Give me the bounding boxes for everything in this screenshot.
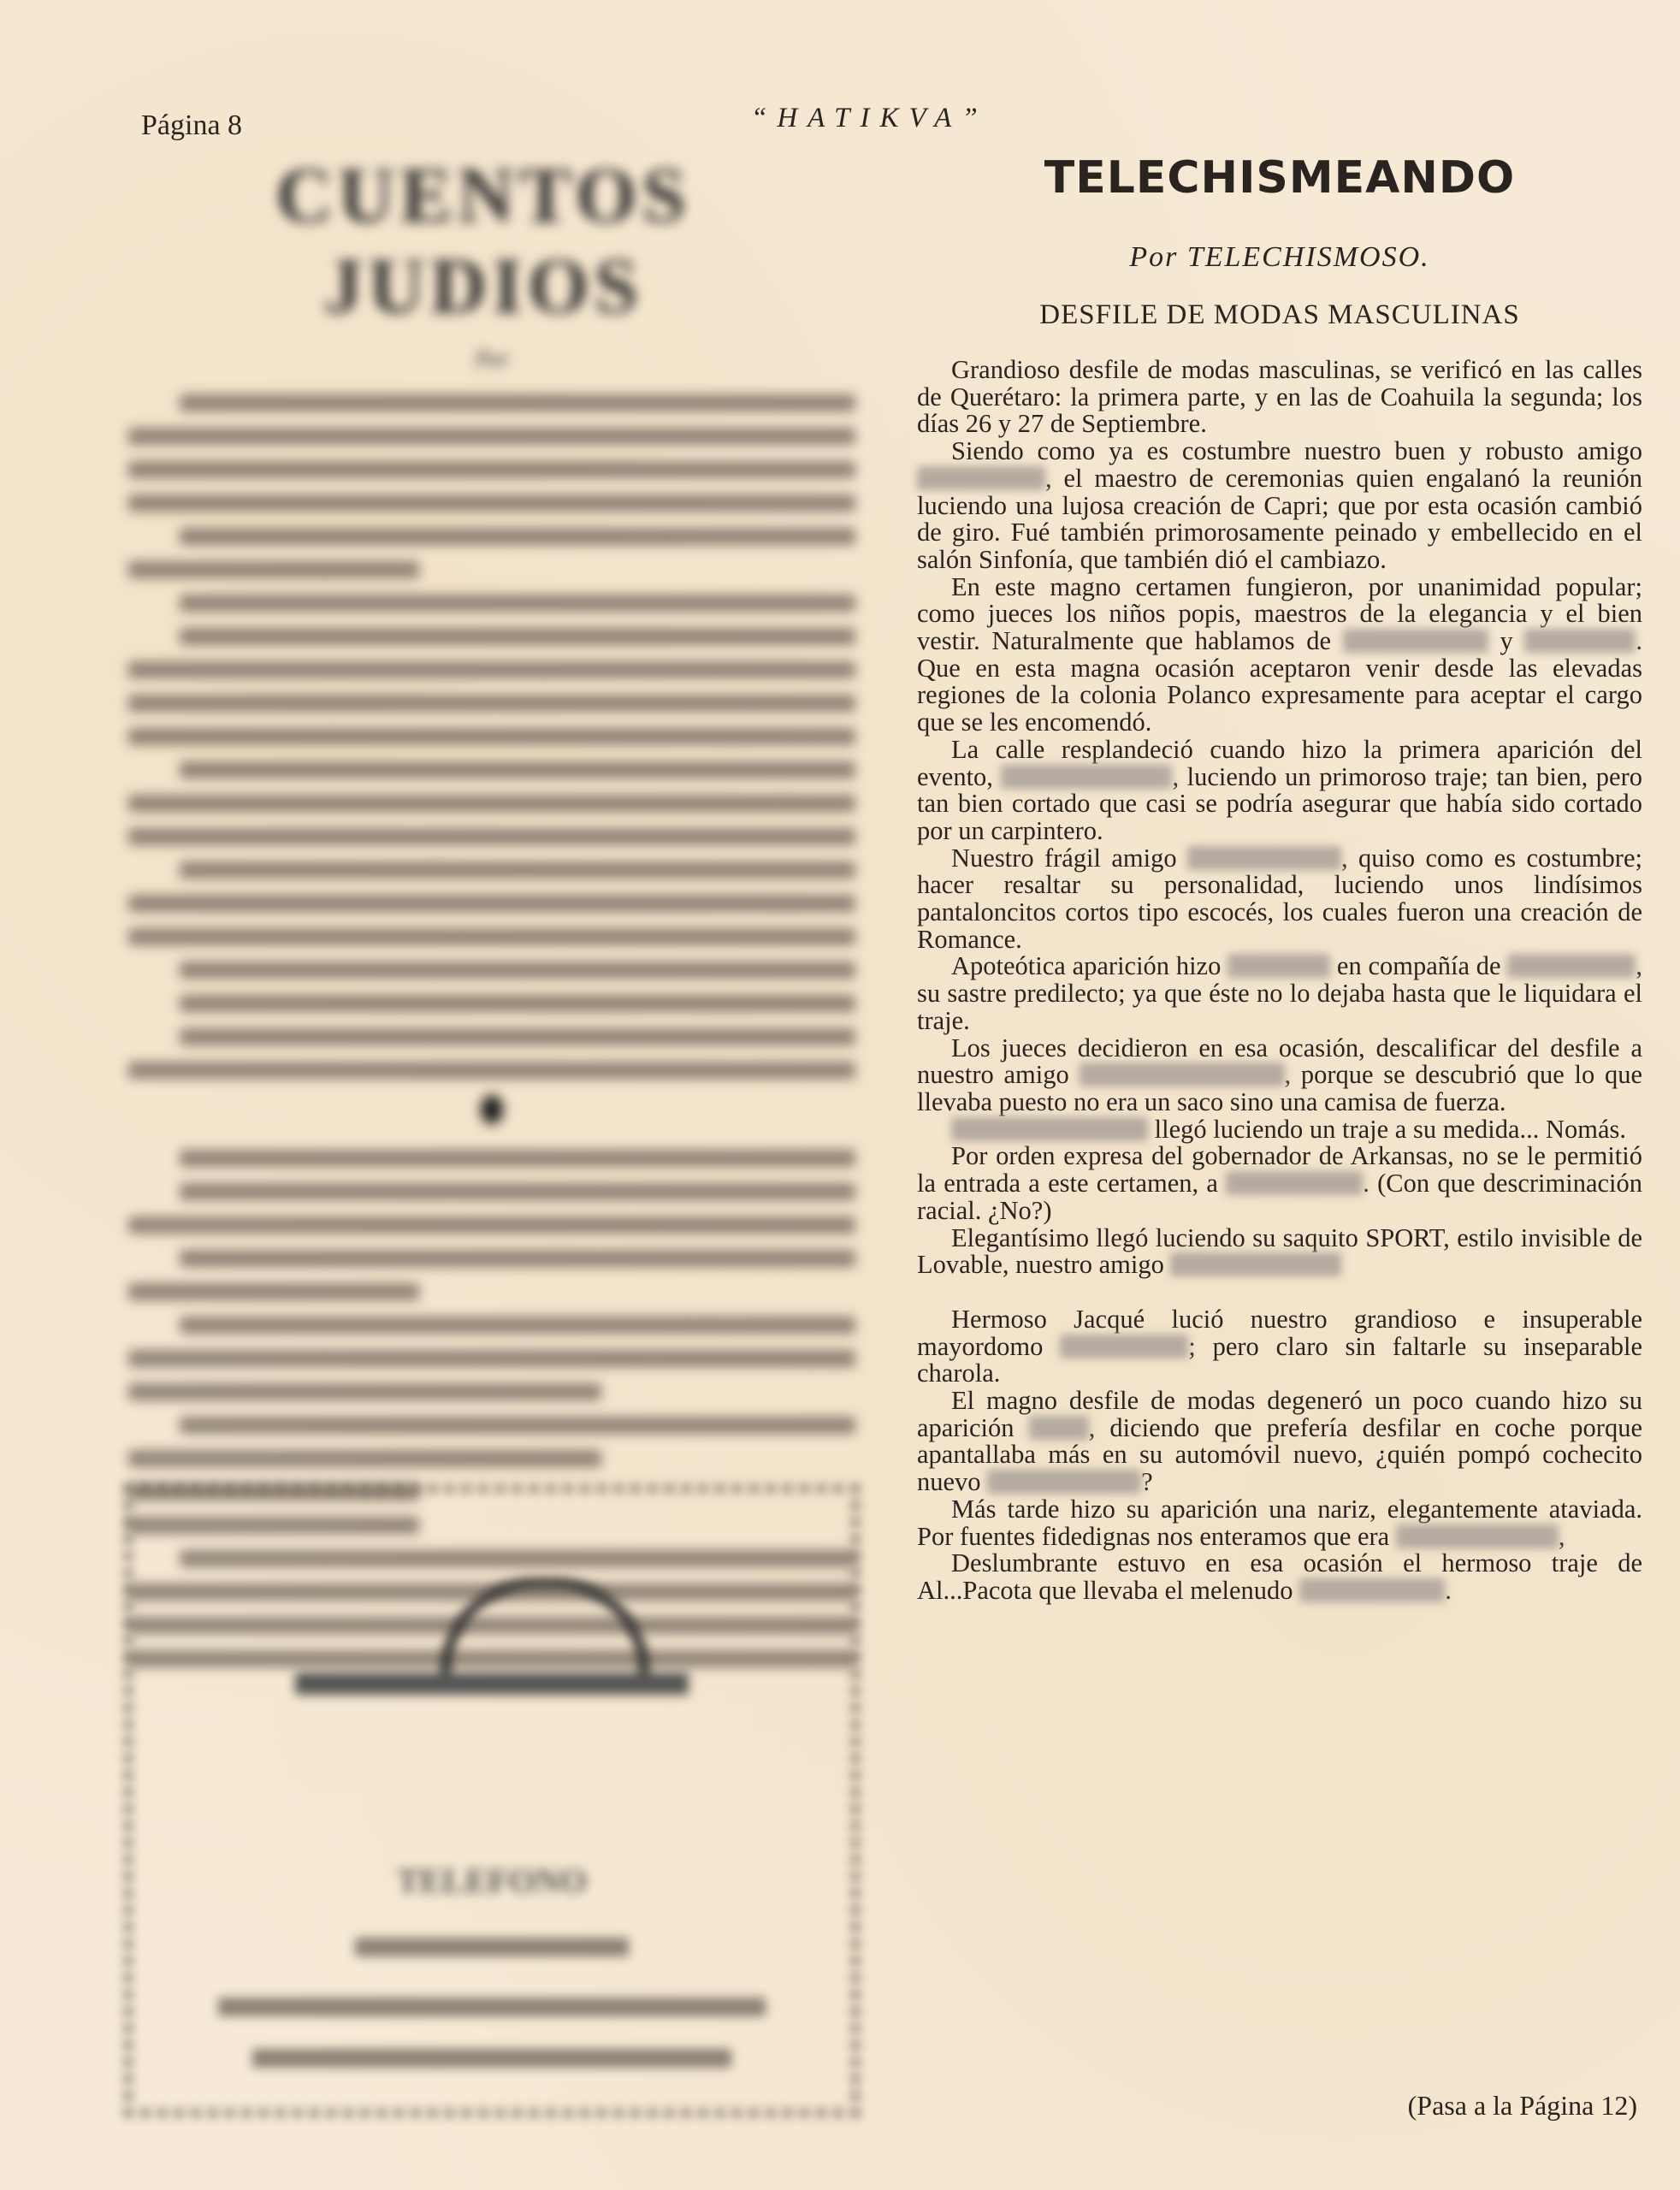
article-paragraph: Por orden expresa del gobernador de Arka… (917, 1143, 1642, 1224)
redacted-text-line (128, 494, 855, 512)
ad-text-line (355, 1938, 629, 1956)
article-paragraph: Deslumbrante estuvo en esa ocasión el he… (917, 1550, 1642, 1604)
advertisement-box: TELEFONO (124, 1484, 860, 2117)
redacted-text-line (128, 895, 855, 912)
left-story-title: CUENTOS JUDIOS (111, 150, 855, 331)
redacted-text-line (180, 962, 855, 979)
publication-masthead: “HATIKVA” (751, 103, 988, 134)
continued-note: (Pasa a la Página 12) (1408, 2090, 1637, 2122)
redacted-text-line (180, 1417, 855, 1434)
redacted-name (1507, 954, 1636, 978)
redacted-name (917, 466, 1045, 490)
redacted-text-line (128, 1283, 419, 1300)
redacted-text-line (128, 1450, 601, 1467)
ad-small-line (133, 1737, 851, 1750)
article-paragraph: Grandioso desfile de modas masculinas, s… (917, 357, 1642, 438)
redacted-text-line (180, 861, 855, 879)
ad-phone-line: TELEFONO (133, 1861, 851, 1901)
redacted-text-line (180, 628, 855, 645)
redacted-name (1226, 1171, 1363, 1195)
ad-text-line (252, 2049, 731, 2068)
redacted-text-line (180, 995, 855, 1012)
redacted-name (1187, 846, 1341, 870)
article-column: TELECHISMEANDO Por TELECHISMOSO. DESFILE… (917, 150, 1642, 1605)
article-paragraph: La calle resplandeció cuando hizo la pri… (917, 737, 1642, 845)
redacted-text-line (128, 1216, 855, 1234)
redacted-text-line (128, 428, 855, 445)
article-paragraph: Más tarde hizo su aparición una nariz, e… (917, 1496, 1642, 1550)
redacted-text-line (180, 1150, 855, 1167)
redacted-name (1227, 954, 1330, 978)
redacted-text-line (180, 595, 855, 612)
redacted-text-line (180, 1028, 855, 1045)
redacted-name (951, 1117, 1148, 1141)
article-paragraph: Hermoso Jacqué lució nuestro grandioso e… (917, 1306, 1642, 1388)
redacted-text-line (128, 828, 855, 845)
redacted-text-line (128, 461, 855, 478)
redacted-name (1524, 629, 1636, 653)
redacted-text-line (128, 728, 855, 745)
redacted-text-line (128, 1062, 855, 1079)
redacted-text-line (180, 528, 855, 545)
redacted-name (1060, 1335, 1188, 1358)
redacted-text-line (128, 795, 855, 812)
redacted-text-line (128, 1383, 601, 1400)
article-paragraph: En este magno certamen fungieron, por un… (917, 574, 1642, 737)
redacted-text-line (180, 1183, 855, 1200)
redacted-text-line (128, 561, 419, 578)
redacted-text-line (180, 1317, 855, 1334)
left-story-byline: Por (128, 346, 855, 372)
article-paragraph: El magno desfile de modas degeneró un po… (917, 1388, 1642, 1496)
ad-text-line (218, 1998, 766, 2016)
article-paragraph: Siendo como ya es costumbre nuestro buen… (917, 438, 1642, 574)
article-section-heading: DESFILE DE MODAS MASCULINAS (917, 299, 1642, 331)
redacted-text-line (128, 1350, 855, 1367)
page-number: Página 8 (141, 109, 242, 142)
redacted-text-line (180, 394, 855, 411)
article-paragraph: Elegantísimo llegó luciendo su saquito S… (917, 1225, 1642, 1279)
redacted-name (1396, 1524, 1559, 1548)
redacted-name (1170, 1252, 1341, 1276)
redacted-name (987, 1470, 1141, 1494)
redacted-text-line (128, 695, 855, 712)
redacted-name (1080, 1062, 1285, 1086)
bullet-separator (481, 1095, 503, 1124)
redacted-text-line (128, 661, 855, 678)
redacted-name (1343, 629, 1488, 653)
redacted-text-line (180, 761, 855, 778)
redacted-name (1299, 1578, 1445, 1602)
redacted-text-line (128, 928, 855, 945)
redacted-text-line (180, 1250, 855, 1267)
article-body: Grandioso desfile de modas masculinas, s… (917, 357, 1642, 1605)
redacted-name (1029, 1416, 1089, 1440)
advertisement-logo (295, 1578, 689, 1707)
left-column-story: CUENTOS JUDIOS Por (128, 150, 855, 1684)
article-paragraph: Apoteótica aparición hizo en compañía de… (917, 953, 1642, 1034)
article-paragraph: Los jueces decidieron en esa ocasión, de… (917, 1035, 1642, 1116)
article-title: TELECHISMEANDO (917, 150, 1642, 204)
left-story-body (128, 394, 855, 1667)
article-paragraph: Nuestro frágil amigo , quiso como es cos… (917, 845, 1642, 954)
article-byline: Por TELECHISMOSO. (917, 241, 1642, 274)
article-paragraph: llegó luciendo un traje a su medida... N… (917, 1116, 1642, 1144)
redacted-name (1001, 765, 1172, 789)
